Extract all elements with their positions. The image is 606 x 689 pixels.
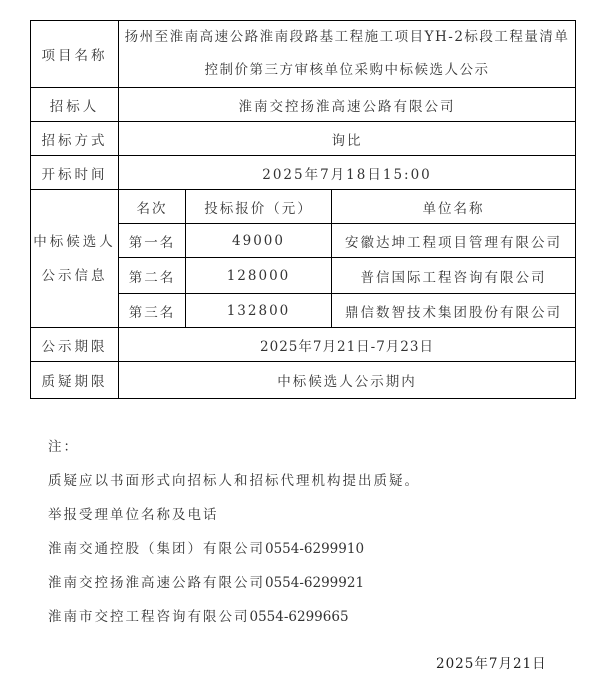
candidates-header-row: 中标候选人 公示信息 名次 投标报价（元） 单位名称 xyxy=(31,190,576,224)
opening-time-value: 2025年7月18日15:00 xyxy=(119,156,576,190)
tenderer-label: 招标人 xyxy=(31,88,119,122)
objection-period-label: 质疑期限 xyxy=(31,362,119,399)
project-name-line2: 控制价第三方审核单位采购中标候选人公示 xyxy=(119,54,575,87)
contact-phone: 0554-6299921 xyxy=(265,575,364,591)
contact-item: 淮南市交控工程咨询有限公司0554-6299665 xyxy=(48,600,420,634)
publish-date: 2025年7月21日 xyxy=(436,652,547,672)
rank-cell: 第二名 xyxy=(119,258,186,294)
contact-name: 淮南市交控工程咨询有限公司 xyxy=(48,609,250,625)
price-header: 投标报价（元） xyxy=(186,190,332,224)
company-cell: 鼎信数智技术集团股份有限公司 xyxy=(332,294,576,328)
bid-candidate-table: 项目名称 扬州至淮南高速公路淮南段路基工程施工项目YH-2标段工程量清单 控制价… xyxy=(30,20,576,399)
publicity-period-label: 公示期限 xyxy=(31,328,119,362)
opening-time-label: 开标时间 xyxy=(31,156,119,190)
objection-period-value: 中标候选人公示期内 xyxy=(119,362,576,399)
notes-line-objection: 质疑应以书面形式向招标人和招标代理机构提出质疑。 xyxy=(48,464,420,498)
notes-line-report: 举报受理单位名称及电话 xyxy=(48,498,420,532)
contact-phone: 0554-6299910 xyxy=(265,541,364,557)
rank-header: 名次 xyxy=(119,190,186,224)
price-cell: 128000 xyxy=(186,258,332,294)
opening-time-row: 开标时间 2025年7月18日15:00 xyxy=(31,156,576,190)
price-cell: 49000 xyxy=(186,224,332,258)
contact-item: 淮南交通控股（集团）有限公司0554-6299910 xyxy=(48,532,420,566)
notes-section: 注： 质疑应以书面形式向招标人和招标代理机构提出质疑。 举报受理单位名称及电话 … xyxy=(48,430,420,634)
objection-period-row: 质疑期限 中标候选人公示期内 xyxy=(31,362,576,399)
project-name-line1: 扬州至淮南高速公路淮南段路基工程施工项目YH-2标段工程量清单 xyxy=(119,21,575,54)
rank-cell: 第一名 xyxy=(119,224,186,258)
publicity-period-value: 2025年7月21日-7月23日 xyxy=(119,328,576,362)
method-label: 招标方式 xyxy=(31,122,119,156)
candidates-label: 中标候选人 公示信息 xyxy=(31,190,119,328)
company-header: 单位名称 xyxy=(332,190,576,224)
project-name-value: 扬州至淮南高速公路淮南段路基工程施工项目YH-2标段工程量清单 控制价第三方审核… xyxy=(119,21,576,88)
candidates-label-line1: 中标候选人 xyxy=(31,225,118,259)
contact-item: 淮南交控扬淮高速公路有限公司0554-6299921 xyxy=(48,566,420,600)
contact-name: 淮南交通控股（集团）有限公司 xyxy=(48,541,265,557)
contact-phone: 0554-6299665 xyxy=(250,609,349,625)
publicity-period-row: 公示期限 2025年7月21日-7月23日 xyxy=(31,328,576,362)
project-name-label: 项目名称 xyxy=(31,21,119,88)
price-cell: 132800 xyxy=(186,294,332,328)
company-cell: 普信国际工程咨询有限公司 xyxy=(332,258,576,294)
candidates-label-line2: 公示信息 xyxy=(31,259,118,293)
notes-heading: 注： xyxy=(48,430,420,464)
tenderer-row: 招标人 淮南交控扬淮高速公路有限公司 xyxy=(31,88,576,122)
method-value: 询比 xyxy=(119,122,576,156)
project-name-row: 项目名称 扬州至淮南高速公路淮南段路基工程施工项目YH-2标段工程量清单 控制价… xyxy=(31,21,576,88)
company-cell: 安徽达坤工程项目管理有限公司 xyxy=(332,224,576,258)
method-row: 招标方式 询比 xyxy=(31,122,576,156)
tenderer-value: 淮南交控扬淮高速公路有限公司 xyxy=(119,88,576,122)
contact-name: 淮南交控扬淮高速公路有限公司 xyxy=(48,575,265,591)
rank-cell: 第三名 xyxy=(119,294,186,328)
